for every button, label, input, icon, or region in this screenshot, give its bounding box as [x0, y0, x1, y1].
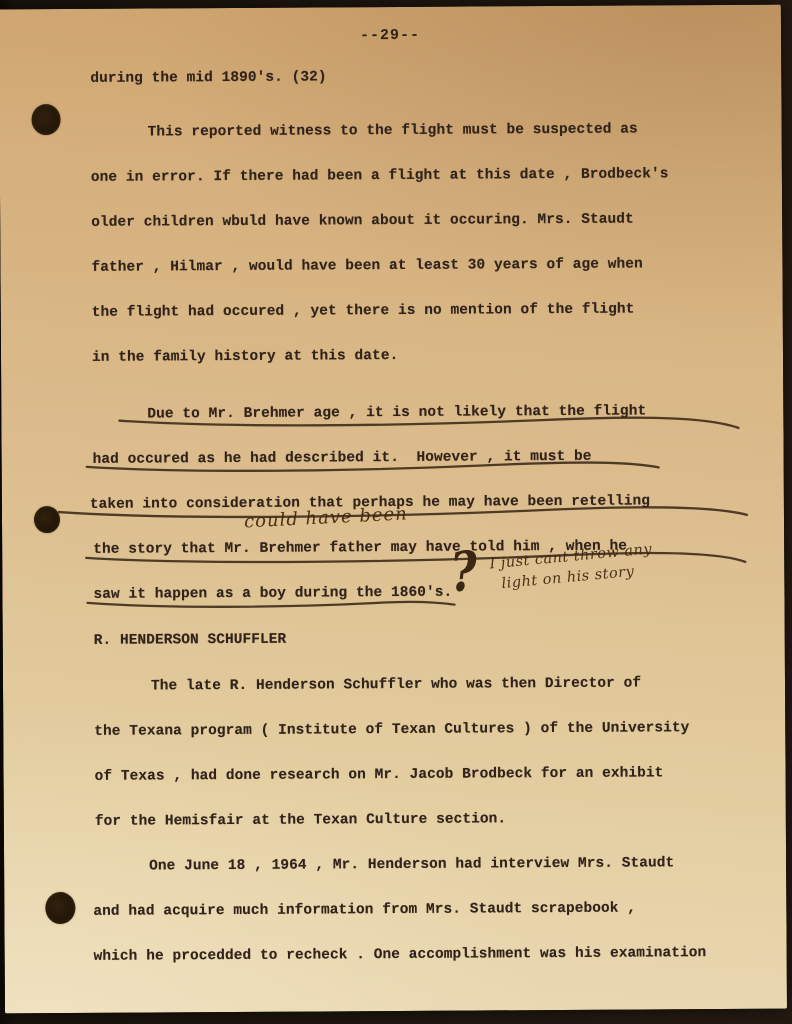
punch-hole-top [31, 104, 60, 135]
typed-line-underlined: Due to Mr. Brehmer age , it is not likel… [147, 401, 646, 424]
typed-line: one in error. If there had been a flight… [91, 164, 669, 188]
section-heading: R. HENDERSON SCHUFFLER [94, 630, 287, 651]
typed-line: the flight had occured , yet there is no… [92, 300, 635, 323]
punch-hole-bottom [45, 892, 75, 924]
typed-line-underlined: had occured as he had described it. Howe… [93, 447, 592, 470]
page-number: --29-- [0, 25, 781, 47]
handwritten-question-mark: ? [449, 544, 479, 600]
typed-line: which he procedded to recheck . One acco… [94, 943, 707, 967]
typed-line: for the Hemisfair at the Texan Culture s… [95, 809, 506, 832]
typed-line-underlined: saw it happen as a boy during the 1860's… [93, 583, 452, 605]
typed-line: and had acquire much information from Mr… [93, 899, 636, 922]
typed-line: during the mid 1890's. (32) [90, 67, 326, 88]
typed-line: of Texas , had done research on Mr. Jaco… [95, 763, 664, 786]
typed-line: father , Hilmar , would have been at lea… [91, 254, 642, 277]
typed-line: The late R. Henderson Schuffler who was … [151, 673, 641, 696]
typed-line: in the family history at this date. [92, 346, 398, 368]
document-page: --29-- during the mid 1890's. (32) This … [0, 5, 787, 1014]
typed-line: older children wbuld have known about it… [91, 210, 634, 233]
typed-line: the Texana program ( Institute of Texan … [94, 718, 689, 742]
punch-hole-middle [34, 506, 60, 533]
typed-line: One June 18 , 1964 , Mr. Henderson had i… [149, 853, 674, 876]
typed-line: This reported witness to the flight must… [148, 120, 638, 143]
